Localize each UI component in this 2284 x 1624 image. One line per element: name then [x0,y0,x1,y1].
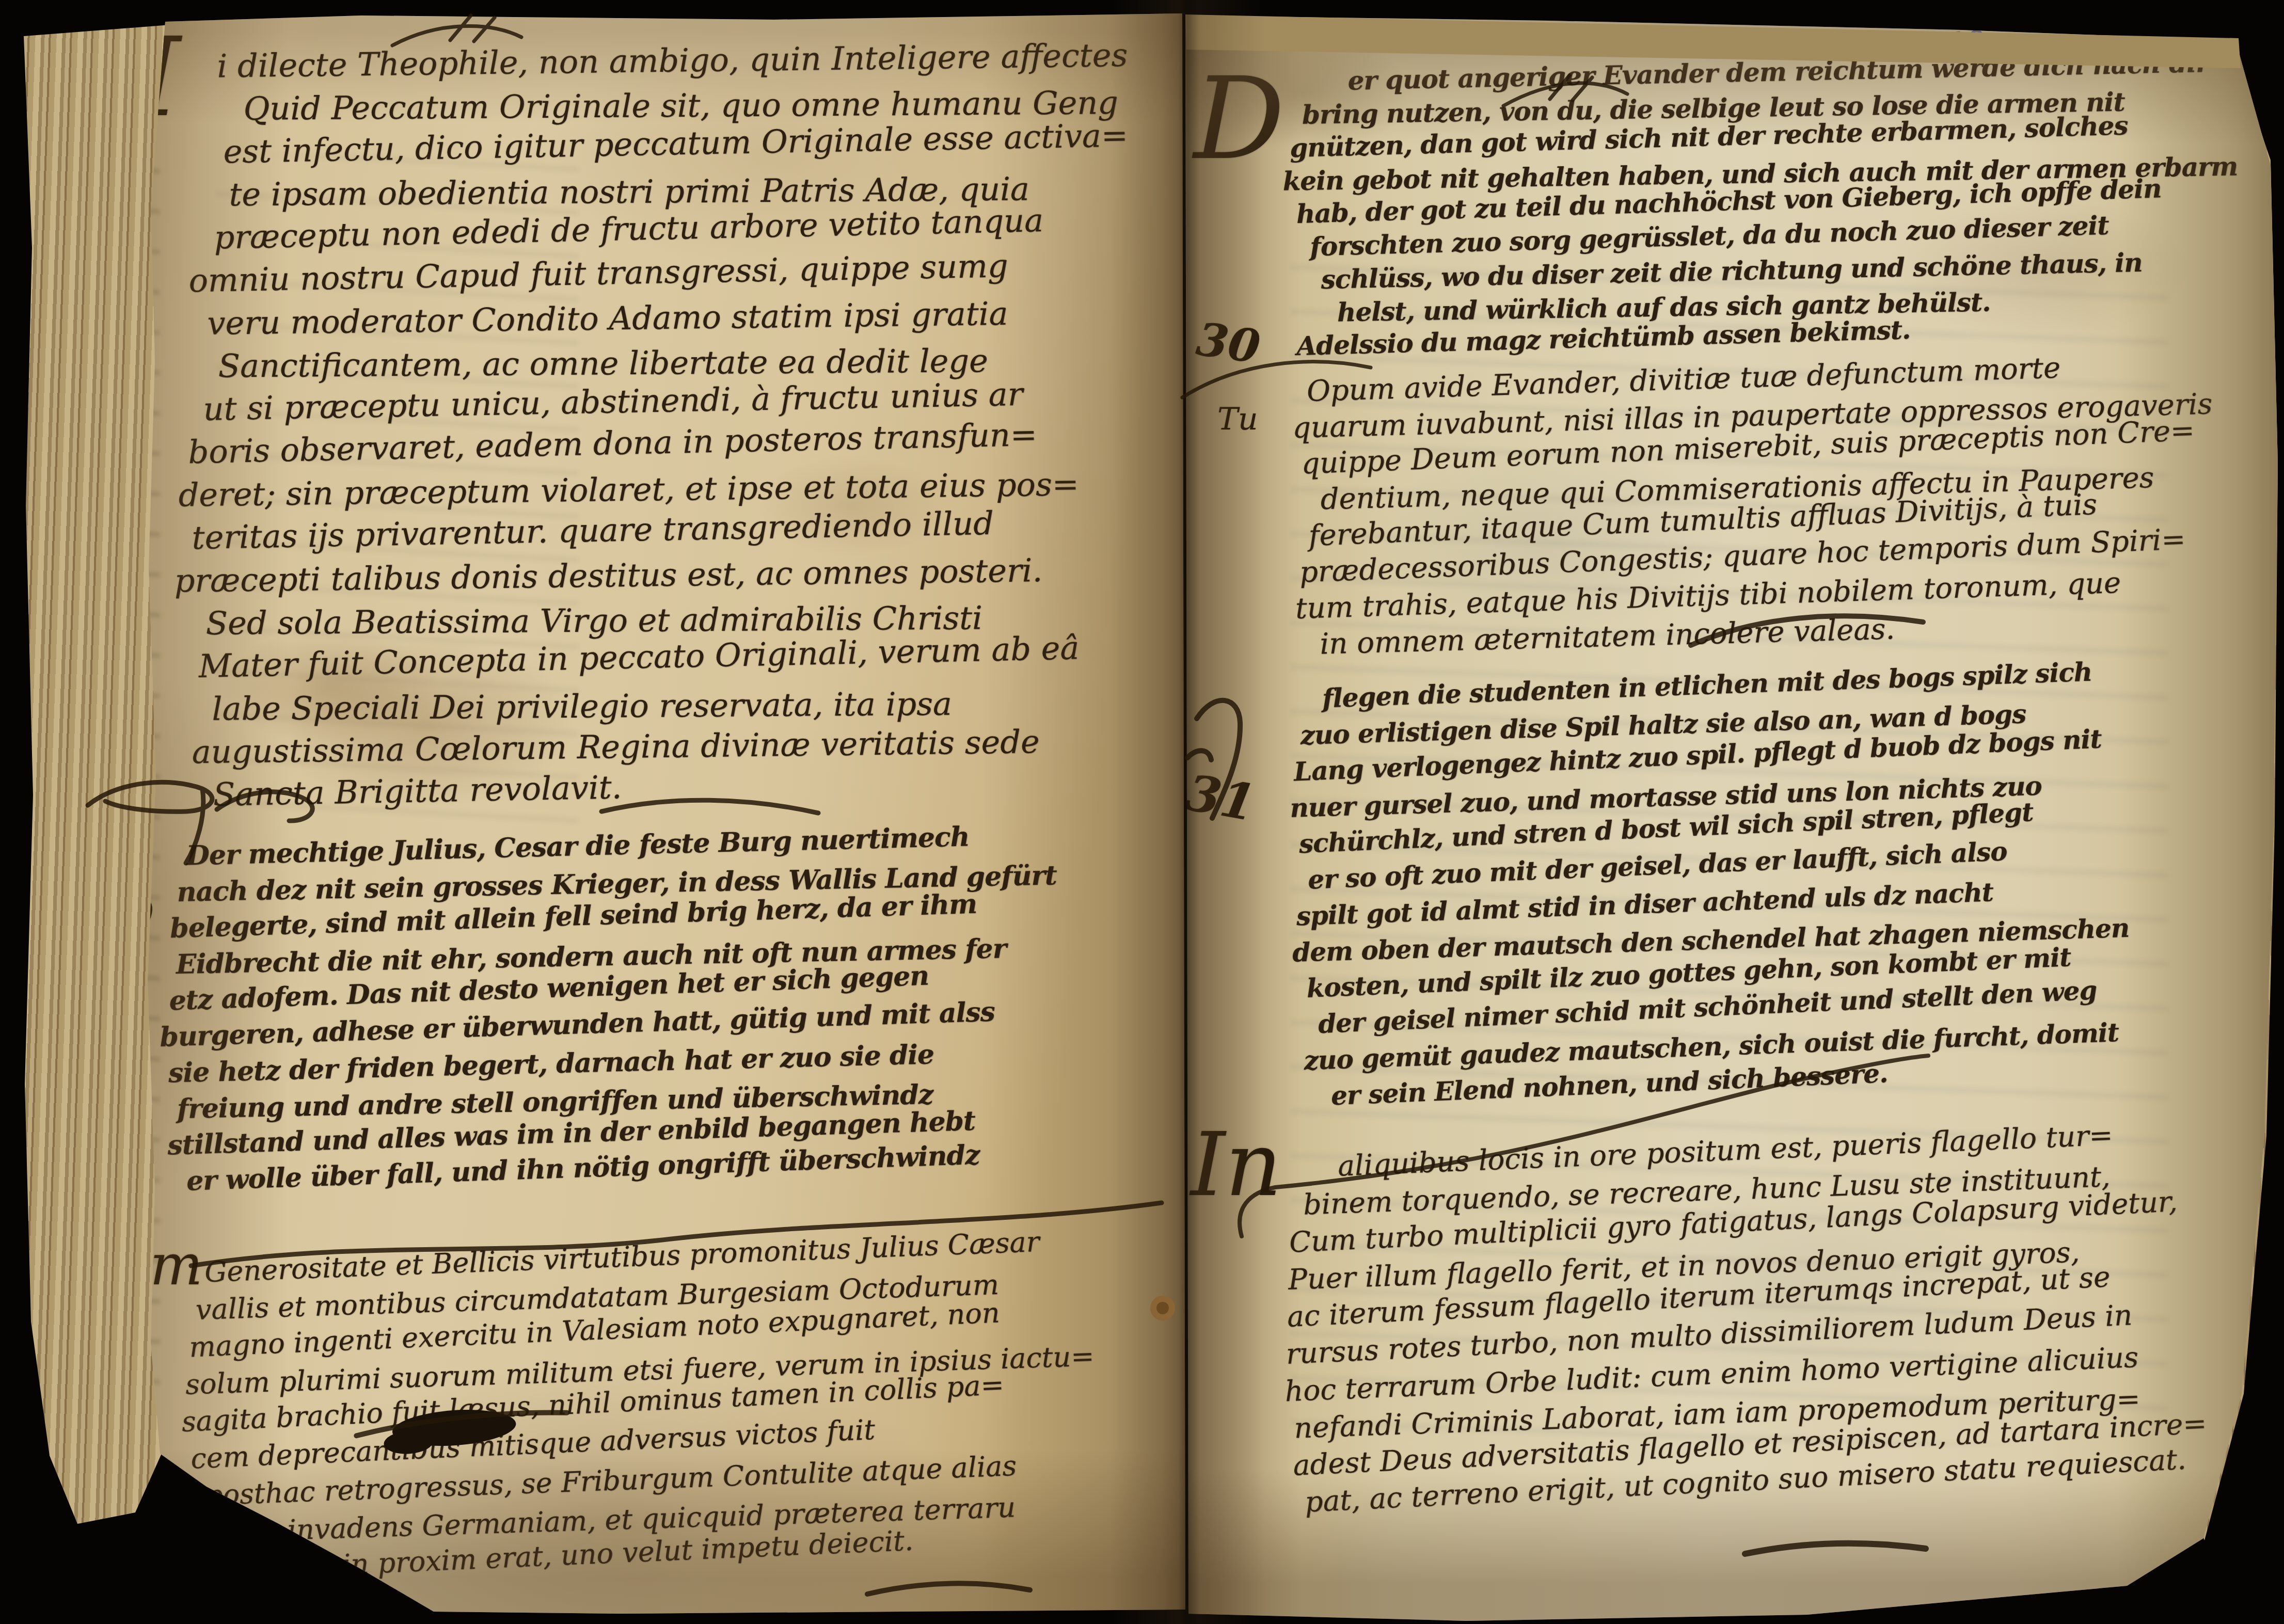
margin-word-tu: Tu [1217,404,1258,435]
margin-number-31: 31 [1183,768,1259,829]
manuscript-line: labe Speciali Dei privilegio reservata, … [212,681,1135,730]
german-evander-section: er quot angeriger Evander dem reichtum w… [1270,46,2241,363]
latin-spinning-top-allegory-section: aliquibus locis in ore positum est, puer… [1270,1113,2209,1521]
german-julius-section: Der mechtige Julius, Cesar die feste Bur… [155,817,1064,1200]
initial-in: In [1191,1121,1282,1209]
latin-evander-section: Opum avide Evander, divitiæ tuæ defunctu… [1275,345,2219,664]
manuscript-photo: M i dilecte Theophile, non ambigo, quin … [0,0,2284,1624]
german-spinning-top-section: flegen die studenten in etlichen mit des… [1270,653,2135,1116]
latin-exordium-section: i dilecte Theophile, non ambigo, quin In… [155,34,1137,817]
manuscript-line: i dilecte Theophile, non ambigo, quin In… [217,34,1128,88]
margin-number-30: 30 [1194,316,1263,370]
latin-caesar-section: Generositate et Bellicis virtutibus prom… [165,1221,1102,1589]
